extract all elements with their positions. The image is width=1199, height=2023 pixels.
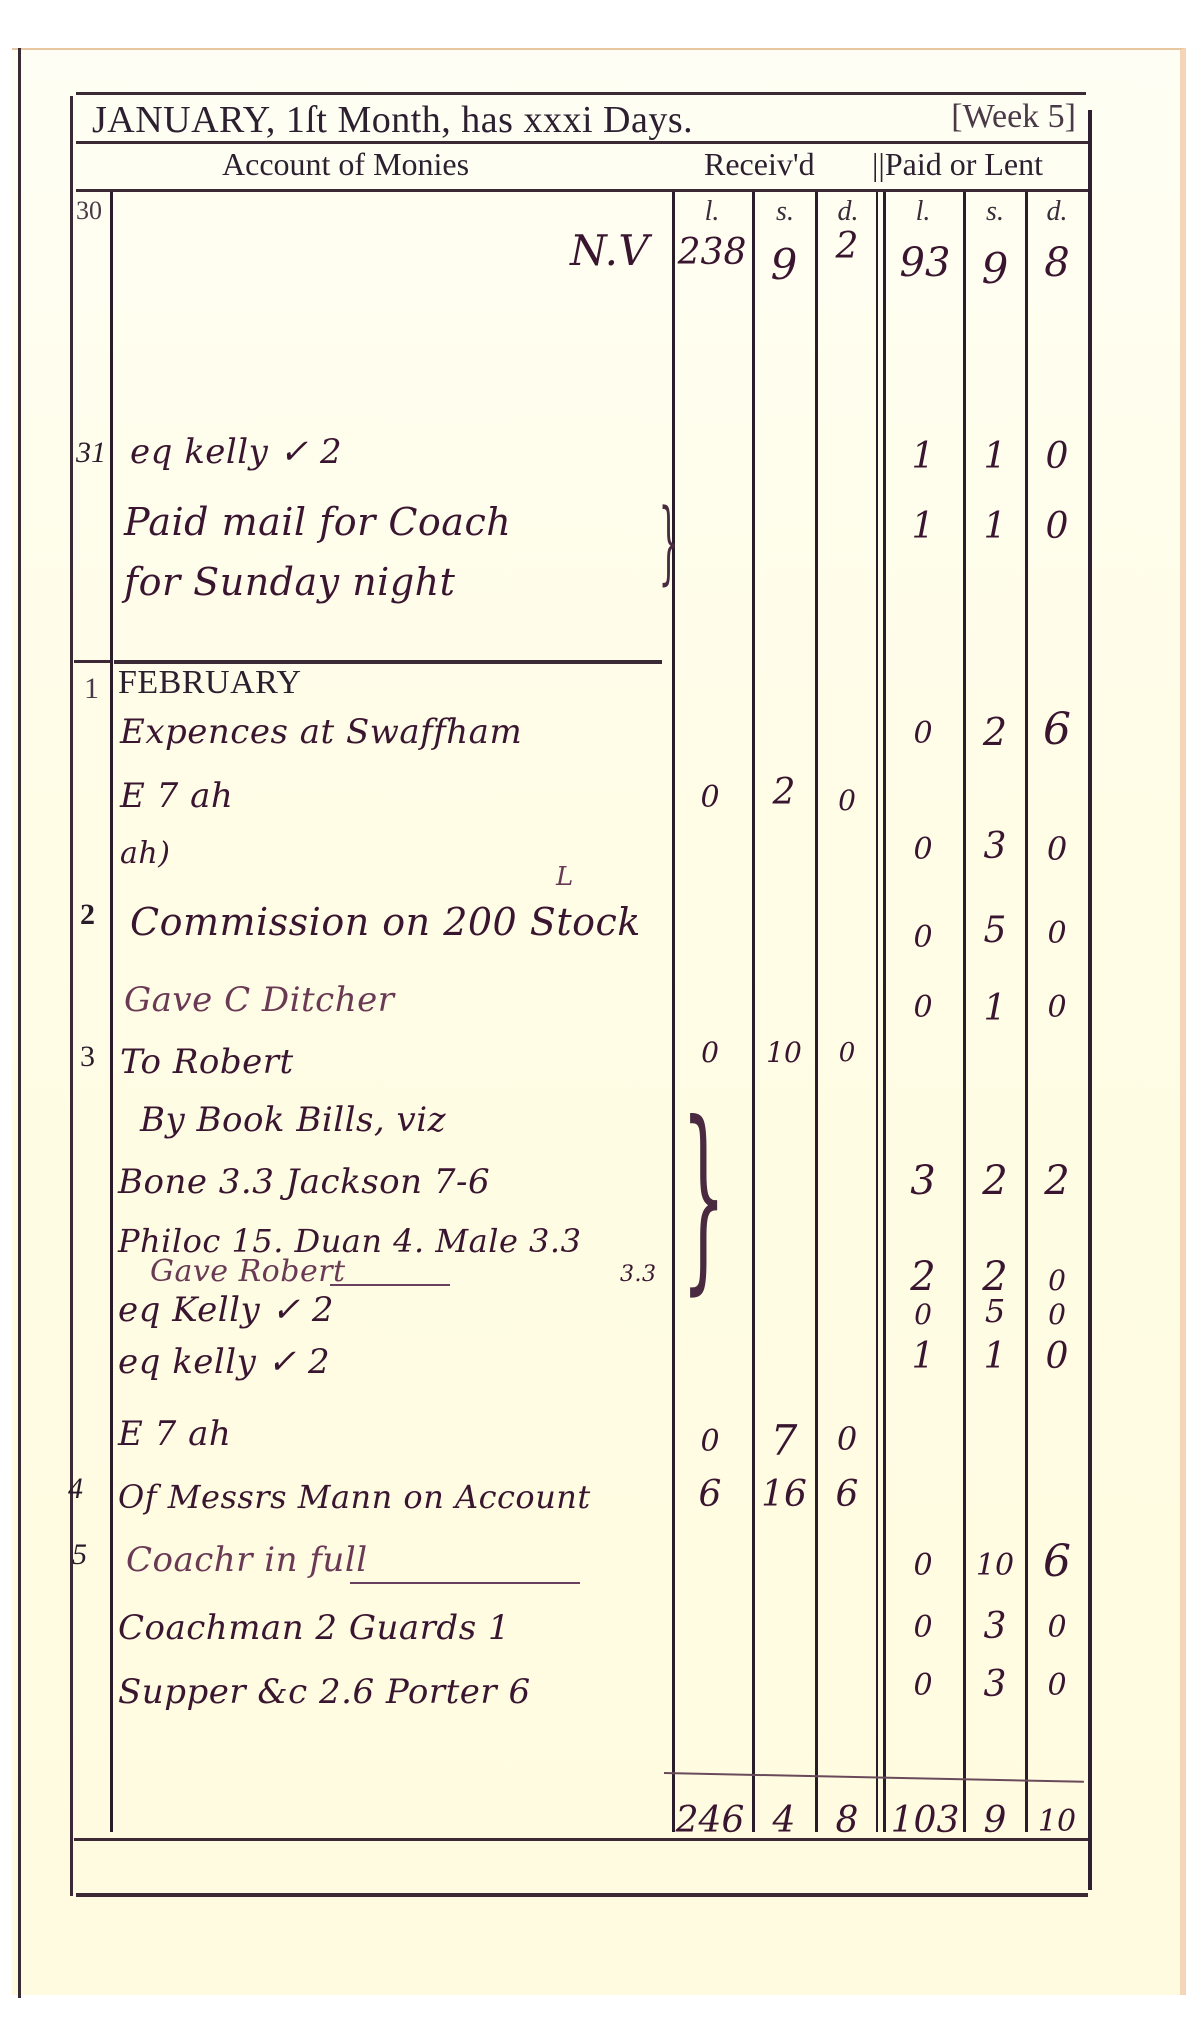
week-label: [Week 5] bbox=[951, 98, 1076, 136]
paid-pounds: 0 bbox=[893, 716, 953, 751]
subheader-bottom-rule bbox=[76, 189, 1088, 192]
entry-text: Supper &c 2.6 Porter 6 bbox=[118, 1672, 531, 1712]
paid-pence: 2 bbox=[1027, 1158, 1087, 1204]
paid-pounds: 93 bbox=[886, 240, 964, 286]
paid-pence: 0 bbox=[1027, 506, 1087, 547]
body-bottom-rule bbox=[74, 1838, 1088, 1841]
paid-shillings: 5 bbox=[965, 1292, 1025, 1330]
paid-pence: 0 bbox=[1027, 1668, 1087, 1703]
column-group-header: Account of Monies Receiv'd ||Paid or Len… bbox=[74, 142, 1088, 188]
entry-text: for Sunday night bbox=[124, 560, 455, 604]
paid-pounds: 1 bbox=[893, 1336, 953, 1377]
received-pence: 0 bbox=[817, 1038, 877, 1068]
bills-aside-note: 3.3 bbox=[620, 1262, 657, 1287]
frame-left-border bbox=[70, 96, 73, 1896]
day-number: 4 bbox=[68, 1472, 83, 1506]
received-s-rule bbox=[752, 192, 755, 1832]
paid-pence-heading: d. bbox=[1027, 196, 1087, 228]
entry-text: To Robert bbox=[120, 1042, 294, 1082]
entry-text: Of Messrs Mann on Account bbox=[118, 1478, 591, 1516]
day-number: 1 bbox=[84, 672, 99, 706]
paid-pounds: 0 bbox=[893, 990, 953, 1025]
received-pence: 2 bbox=[817, 226, 877, 267]
received-pence: 0 bbox=[817, 784, 877, 817]
paid-pounds: 0 bbox=[893, 832, 953, 867]
page-bottom-rule bbox=[76, 1893, 1088, 1897]
paid-pounds: 0 bbox=[893, 920, 953, 955]
entry-text: Gave Robert bbox=[150, 1254, 346, 1289]
received-pounds: 0 bbox=[680, 1036, 740, 1069]
entry-text: Paid mail for Coach bbox=[124, 500, 511, 544]
total-paid-pounds: 103 bbox=[886, 1800, 964, 1841]
paid-double-rule-a bbox=[876, 192, 878, 1832]
entry-text: eq Kelly ✓ 2 bbox=[118, 1290, 334, 1330]
paid-shillings-heading: s. bbox=[965, 196, 1025, 228]
paid-shillings: 3 bbox=[965, 1664, 1025, 1705]
paid-pence: 0 bbox=[1027, 830, 1087, 868]
entry-text: Gave C Ditcher bbox=[124, 980, 395, 1020]
received-pence-heading: d. bbox=[818, 196, 878, 228]
month-divider-label: FEBRUARY bbox=[118, 664, 302, 702]
received-shillings: 16 bbox=[754, 1474, 814, 1515]
day-number: 31 bbox=[76, 436, 106, 470]
day-number: 5 bbox=[72, 1538, 87, 1572]
entry-text: By Book Bills, viz bbox=[140, 1100, 446, 1140]
received-pence: 6 bbox=[817, 1474, 877, 1515]
entry-text: N.V bbox=[570, 226, 649, 275]
paid-shillings: 10 bbox=[965, 1548, 1025, 1583]
entry-text: Expences at Swaffham bbox=[120, 712, 522, 752]
header-top-rule bbox=[76, 92, 1086, 95]
paid-pounds: 2 bbox=[893, 1254, 953, 1300]
paid-shillings: 3 bbox=[965, 1606, 1025, 1647]
received-heading: Receiv'd bbox=[704, 146, 815, 183]
paid-shillings: 2 bbox=[965, 1158, 1025, 1204]
received-shillings: 9 bbox=[754, 240, 814, 289]
brace-mark: } bbox=[681, 1080, 726, 1313]
total-received-pounds: 246 bbox=[668, 1800, 752, 1841]
paid-double-rule-b bbox=[883, 192, 886, 1832]
received-l-rule bbox=[672, 192, 675, 1832]
received-pounds: 0 bbox=[680, 1424, 740, 1459]
paid-pounds: 0 bbox=[893, 1298, 953, 1331]
account-heading: Account of Monies bbox=[222, 146, 469, 183]
paid-shillings: 1 bbox=[965, 988, 1025, 1029]
total-received-shillings: 4 bbox=[754, 1800, 814, 1841]
total-received-pence: 8 bbox=[817, 1800, 877, 1841]
received-shillings: 2 bbox=[754, 772, 814, 813]
paid-pence: 0 bbox=[1027, 1336, 1087, 1377]
paid-heading: ||Paid or Lent bbox=[872, 146, 1043, 183]
entry-text: ah) bbox=[120, 836, 170, 871]
february-divider-rule bbox=[74, 660, 110, 663]
paid-pounds-heading: l. bbox=[893, 196, 953, 228]
entry-text: E 7 ah bbox=[120, 776, 233, 816]
paid-pence: 6 bbox=[1027, 1536, 1087, 1587]
received-pounds: 0 bbox=[680, 780, 740, 815]
received-d-rule bbox=[815, 192, 818, 1832]
paid-shillings: 1 bbox=[965, 506, 1025, 547]
strike-line bbox=[330, 1284, 450, 1286]
brace-mark: } bbox=[659, 490, 679, 595]
entry-text: eq kelly ✓ 2 bbox=[130, 432, 342, 472]
entry-text: eq kelly ✓ 2 bbox=[118, 1342, 330, 1382]
received-pounds: 6 bbox=[680, 1474, 740, 1515]
month-title: JANUARY, 1ſt Month, has xxxi Days. bbox=[92, 98, 693, 142]
received-shillings: 7 bbox=[754, 1416, 814, 1465]
paid-pence: 0 bbox=[1027, 1298, 1087, 1331]
paid-shillings: 1 bbox=[965, 436, 1025, 477]
paid-pence: 0 bbox=[1027, 1264, 1087, 1297]
paid-shillings: 9 bbox=[965, 244, 1025, 293]
day-column-rule bbox=[110, 192, 113, 1832]
received-shillings: 10 bbox=[754, 1036, 814, 1069]
strike-line bbox=[350, 1582, 580, 1584]
paid-pounds: 1 bbox=[893, 436, 953, 477]
day-number: 2 bbox=[80, 898, 95, 932]
paid-pounds: 3 bbox=[893, 1158, 953, 1204]
received-pounds-heading: l. bbox=[682, 196, 742, 228]
paid-shillings: 2 bbox=[965, 710, 1025, 754]
day-number: 30 bbox=[76, 196, 102, 226]
month-header: JANUARY, 1ſt Month, has xxxi Days. [Week… bbox=[74, 96, 1084, 142]
entry-text: Coachr in full bbox=[126, 1540, 368, 1580]
entry-text: Commission on 200 Stock bbox=[130, 900, 641, 944]
paid-pence: 0 bbox=[1027, 436, 1087, 477]
paid-pence: 6 bbox=[1027, 704, 1087, 755]
received-shillings-heading: s. bbox=[755, 196, 815, 228]
paid-pounds: 0 bbox=[893, 1668, 953, 1703]
paid-shillings: 1 bbox=[965, 1336, 1025, 1377]
total-paid-pence: 10 bbox=[1027, 1804, 1087, 1839]
total-paid-shillings: 9 bbox=[965, 1800, 1025, 1841]
paid-pounds: 1 bbox=[893, 506, 953, 547]
paid-pence: 0 bbox=[1027, 916, 1087, 951]
paid-pence: 0 bbox=[1027, 1610, 1087, 1645]
paid-pence: 8 bbox=[1027, 240, 1087, 286]
entry-text: Bone 3.3 Jackson 7-6 bbox=[118, 1162, 490, 1202]
received-pounds: 238 bbox=[672, 232, 752, 273]
day-number: 3 bbox=[80, 1040, 95, 1074]
received-pence: 0 bbox=[817, 1420, 877, 1458]
commission-annotation: L bbox=[556, 862, 574, 892]
paid-pounds: 0 bbox=[893, 1548, 953, 1583]
frame-right-border bbox=[1088, 110, 1092, 1890]
entry-text: E 7 ah bbox=[118, 1414, 231, 1454]
paid-pence: 0 bbox=[1027, 990, 1087, 1025]
paid-shillings: 3 bbox=[965, 826, 1025, 867]
paid-pounds: 0 bbox=[893, 1610, 953, 1645]
entry-text: Coachman 2 Guards 1 bbox=[118, 1608, 510, 1648]
paid-shillings: 5 bbox=[965, 910, 1025, 951]
book-gutter-line bbox=[18, 48, 21, 1998]
